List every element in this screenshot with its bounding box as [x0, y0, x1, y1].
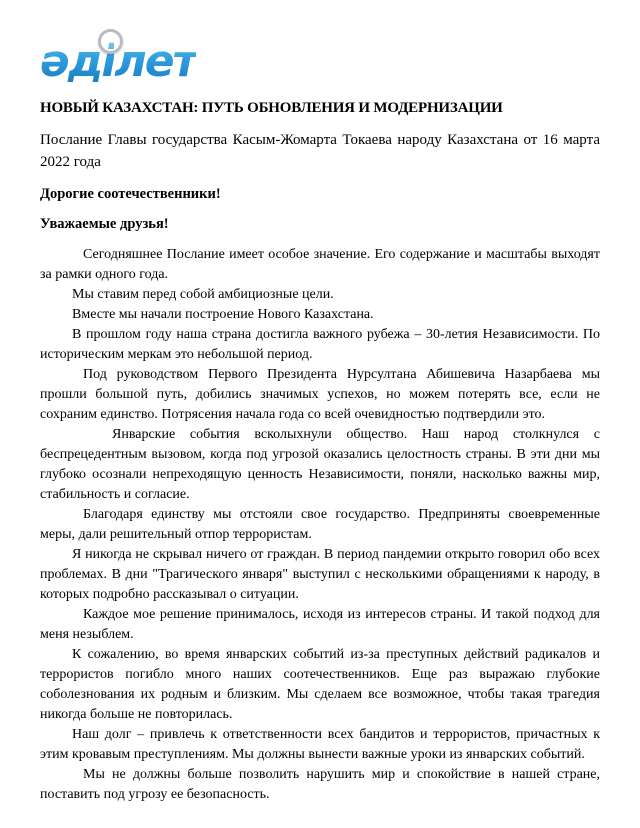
adilet-logo: әділет — [40, 36, 600, 90]
paragraph: Наш долг – привлечь к ответственности вс… — [40, 725, 600, 765]
paragraph: Благодаря единству мы отстояли свое госу… — [40, 505, 600, 545]
paragraph: Под руководством Первого Президента Нурс… — [40, 365, 600, 425]
document-page: әділет НОВЫЙ КАЗАХСТАН: ПУТЬ ОБНОВЛЕНИЯ … — [0, 0, 640, 828]
paragraph: Мы не должны больше позволить нарушить м… — [40, 765, 600, 805]
document-body: Сегодняшнее Послание имеет особое значен… — [40, 245, 600, 805]
greeting-compatriots: Дорогие соотечественники! — [40, 186, 600, 203]
paragraph: В прошлом году наша страна достигла важн… — [40, 325, 600, 365]
document-subtitle: Послание Главы государства Касым-Жомарта… — [40, 129, 600, 173]
paragraph: Каждое мое решение принималось, исходя и… — [40, 605, 600, 645]
logo-letter-i: і — [101, 36, 114, 98]
logo-text-part1: әд — [40, 36, 101, 87]
logo-text-part3: лет — [114, 36, 196, 87]
greeting-friends: Уважаемые друзья! — [40, 216, 600, 233]
logo-text-part2: і — [101, 36, 114, 87]
paragraph: Сегодняшнее Послание имеет особое значен… — [40, 245, 600, 285]
paragraph: К сожалению, во время январских событий … — [40, 645, 600, 725]
document-content: әділет НОВЫЙ КАЗАХСТАН: ПУТЬ ОБНОВЛЕНИЯ … — [40, 36, 600, 805]
paragraph: Я никогда не скрывал ничего от граждан. … — [40, 545, 600, 605]
paragraph: Мы ставим перед собой амбициозные цели. — [40, 285, 600, 305]
paragraph: Вместе мы начали построение Нового Казах… — [40, 305, 600, 325]
paragraph: Январские события всколыхнули общество. … — [40, 425, 600, 505]
document-title: НОВЫЙ КАЗАХСТАН: ПУТЬ ОБНОВЛЕНИЯ И МОДЕР… — [40, 100, 600, 117]
